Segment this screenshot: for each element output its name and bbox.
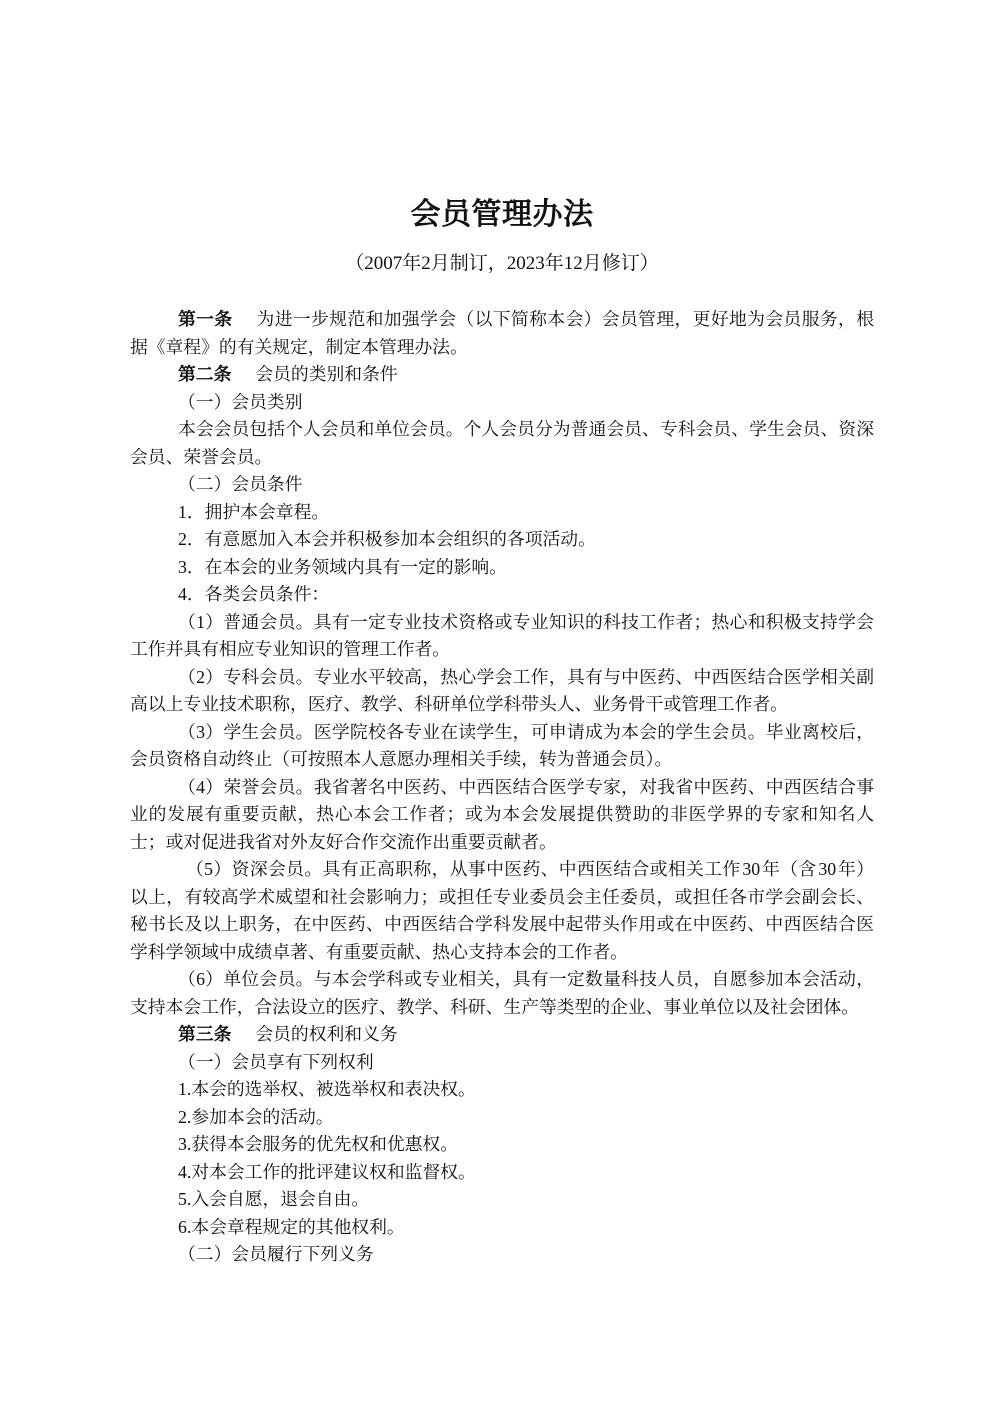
condition-item-1-text: 1．拥护本会章程。: [178, 502, 329, 522]
document-subtitle: （2007年2月制订，2023年12月修订）: [130, 252, 874, 276]
condition-item-4-text: 4．各类会员条件：: [178, 584, 329, 604]
condition-item-3: 3．在本会的业务领域内具有一定的影响。: [130, 554, 874, 582]
document-body: 第一条为进一步规范和加强学会（以下简称本会）会员管理，更好地为会员服务，根据《章…: [130, 306, 874, 1269]
article-2: 第二条会员的类别和条件: [130, 361, 874, 389]
right-item-4-text: 4.对本会工作的批评建议权和监督权。: [178, 1162, 476, 1182]
member-type-ordinary-text: （1）普通会员。具有一定专业技术资格或专业知识的科技工作者；热心和积极支持学会工…: [130, 612, 874, 660]
condition-item-3-text: 3．在本会的业务领域内具有一定的影响。: [178, 557, 507, 577]
right-item-2: 2.参加本会的活动。: [130, 1104, 874, 1132]
member-type-honorary: （4）荣誉会员。我省著名中医药、中西医结合医学专家，对我省中医药、中西医结合事业…: [130, 774, 874, 857]
document-content: 会员管理办法 （2007年2月制订，2023年12月修订） 第一条为进一步规范和…: [0, 0, 874, 1269]
condition-item-4: 4．各类会员条件：: [130, 581, 874, 609]
right-item-1-text: 1.本会的选举权、被选举权和表决权。: [178, 1079, 476, 1099]
rights-heading-text: （一）会员享有下列权利: [178, 1052, 374, 1072]
condition-item-2: 2．有意愿加入本会并积极参加本会组织的各项活动。: [130, 526, 874, 554]
member-type-specialist: （2）专科会员。专业水平较高，热心学会工作，具有与中医药、中西医结合医学相关副高…: [130, 664, 874, 719]
condition-item-2-text: 2．有意愿加入本会并积极参加本会组织的各项活动。: [178, 529, 596, 549]
duties-heading: （二）会员履行下列义务: [130, 1241, 874, 1269]
right-item-4: 4.对本会工作的批评建议权和监督权。: [130, 1159, 874, 1187]
duties-heading-text: （二）会员履行下列义务: [178, 1244, 374, 1264]
article-1: 第一条为进一步规范和加强学会（以下简称本会）会员管理，更好地为会员服务，根据《章…: [130, 306, 874, 361]
right-item-5: 5.入会自愿，退会自由。: [130, 1186, 874, 1214]
member-type-student-text: （3）学生会员。医学院校各专业在读学生，可申请成为本会的学生会员。毕业离校后，会…: [130, 722, 874, 770]
right-item-3-text: 3.获得本会服务的优先权和优惠权。: [178, 1134, 458, 1154]
member-type-ordinary: （1）普通会员。具有一定专业技术资格或专业知识的科技工作者；热心和积极支持学会工…: [130, 609, 874, 664]
right-item-3: 3.获得本会服务的优先权和优惠权。: [130, 1131, 874, 1159]
article-3: 第三条会员的权利和义务: [130, 1021, 874, 1049]
rights-heading: （一）会员享有下列权利: [130, 1049, 874, 1077]
member-type-institutional-text: （6）单位会员。与本会学科或专业相关，具有一定数量科技人员，自愿参加本会活动，支…: [130, 969, 874, 1017]
right-item-5-text: 5.入会自愿，退会自由。: [178, 1189, 369, 1209]
member-type-senior: （5）资深会员。具有正高职称，从事中医药、中西医结合或相关工作 30 年（含 3…: [130, 856, 874, 966]
member-category-heading-text: （一）会员类别: [178, 392, 302, 412]
condition-item-1: 1．拥护本会章程。: [130, 499, 874, 527]
right-item-6: 6.本会章程规定的其他权利。: [130, 1214, 874, 1242]
document-title: 会员管理办法: [130, 197, 874, 233]
article-1-label: 第一条: [178, 309, 233, 329]
member-type-institutional: （6）单位会员。与本会学科或专业相关，具有一定数量科技人员，自愿参加本会活动，支…: [130, 966, 874, 1021]
article-2-text: 会员的类别和条件: [255, 364, 397, 384]
member-categories: 本会会员包括个人会员和单位会员。个人会员分为普通会员、专科会员、学生会员、资深会…: [130, 416, 874, 471]
member-type-specialist-text: （2）专科会员。专业水平较高，热心学会工作，具有与中医药、中西医结合医学相关副高…: [130, 667, 874, 715]
right-item-2-text: 2.参加本会的活动。: [178, 1107, 334, 1127]
member-category-heading: （一）会员类别: [130, 389, 874, 417]
member-conditions-heading: （二）会员条件: [130, 471, 874, 499]
article-3-text: 会员的权利和义务: [255, 1024, 397, 1044]
member-categories-text: 本会会员包括个人会员和单位会员。个人会员分为普通会员、专科会员、学生会员、资深会…: [130, 419, 874, 467]
member-type-senior-text: （5）资深会员。具有正高职称，从事中医药、中西医结合或相关工作 30 年（含 3…: [130, 859, 874, 962]
member-type-honorary-text: （4）荣誉会员。我省著名中医药、中西医结合医学专家，对我省中医药、中西医结合事业…: [130, 777, 874, 852]
right-item-1: 1.本会的选举权、被选举权和表决权。: [130, 1076, 874, 1104]
member-conditions-heading-text: （二）会员条件: [178, 474, 302, 494]
article-3-label: 第三条: [178, 1024, 231, 1044]
member-type-student: （3）学生会员。医学院校各专业在读学生，可申请成为本会的学生会员。毕业离校后，会…: [130, 719, 874, 774]
document-page: 会员管理办法 （2007年2月制订，2023年12月修订） 第一条为进一步规范和…: [0, 0, 1000, 1414]
right-item-6-text: 6.本会章程规定的其他权利。: [178, 1217, 405, 1237]
article-2-label: 第二条: [178, 364, 231, 384]
article-1-text: 为进一步规范和加强学会（以下简称本会）会员管理，更好地为会员服务，根据《章程》的…: [130, 309, 874, 357]
